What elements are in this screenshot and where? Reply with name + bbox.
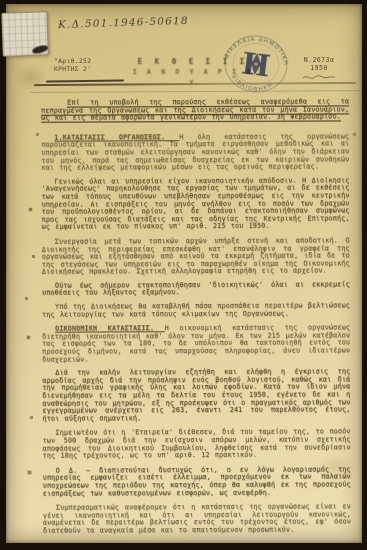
paragraph-heading: ΟΙΚΟΝΟΜΙΚΗ ΚΑΤΑΣΤΑΣΙΣ. [55, 324, 165, 332]
document-page: Κ.Δ.501.1946-50618 "Αριθ.252 ΚΡΗΤΗΣ 2' Ε… [6, 4, 362, 543]
foxing-specks [6, 4, 7, 5]
paragraph: ΟΙΚΟΝΟΜΙΚΗ ΚΑΤΑΣΤΑΣΙΣ. Η οικονομική κατά… [42, 325, 350, 364]
paragraph: Υπό της Διοικήσεως θα καταβληθή πάσα προ… [42, 302, 350, 319]
paragraph: Σημειωτέον ότι η 'Εταιρεία' διέθεσεν, δι… [42, 429, 350, 461]
registry-number-block: Ν.2673α 1950 [302, 56, 336, 83]
registry-year: 1950 [302, 64, 336, 72]
registry-number: Ν.2673α [302, 56, 336, 64]
paragraph: Συνεργασία μετά των τοπικών αρχών υπήρξε… [42, 237, 350, 276]
header-separator-rule-faint [30, 90, 362, 93]
paragraph: 1.ΚΑΤΑΣΤΑΣΙΣ ΟΡΓΑΝΩΣΕΩΣ. Η όλη κατάστασι… [41, 133, 349, 172]
scanned-document: Κ.Δ.501.1946-50618 "Αριθ.252 ΚΡΗΤΗΣ 2' Ε… [0, 0, 367, 550]
signature-squiggle [302, 73, 336, 81]
reference-number-block: "Αριθ.252 ΚΡΗΤΗΣ 2' [54, 57, 91, 73]
paragraph: Διά την καλήν λειτουργίαν εζητήθη και ελ… [42, 369, 350, 423]
reference-number-line1: "Αριθ.252 [54, 57, 91, 65]
header-ink-rule [46, 79, 124, 82]
handwritten-catalog-number: Κ.Δ.501.1946-50618 [58, 13, 248, 31]
reference-number-line2: ΚΡΗΤΗΣ 2' [54, 65, 91, 73]
paragraph: Ούτω έως σήμερον ετακτοποιήθησαν 'διοικη… [42, 281, 350, 298]
paragraph-heading: 1.ΚΑΤΑΣΤΑΣΙΣ ΟΡΓΑΝΩΣΕΩΣ. [54, 133, 179, 142]
paragraph: Ο Δ. — διαπιστούται δυστυχώς ότι, ο εν λ… [43, 466, 351, 498]
paragraph: Γενικώς όλαι αι υπηρεσίαι είχον ικανοποι… [41, 177, 349, 231]
document-body: Επί τη υποβολή της παρούσης εκθέσεως ανα… [41, 98, 351, 541]
paragraph: Συμπερασματικώς αναφέρομεν ότι η κατάστα… [43, 503, 351, 535]
paragraph: Επί τη υποβολή της παρούσης εκθέσεως ανα… [41, 98, 349, 122]
